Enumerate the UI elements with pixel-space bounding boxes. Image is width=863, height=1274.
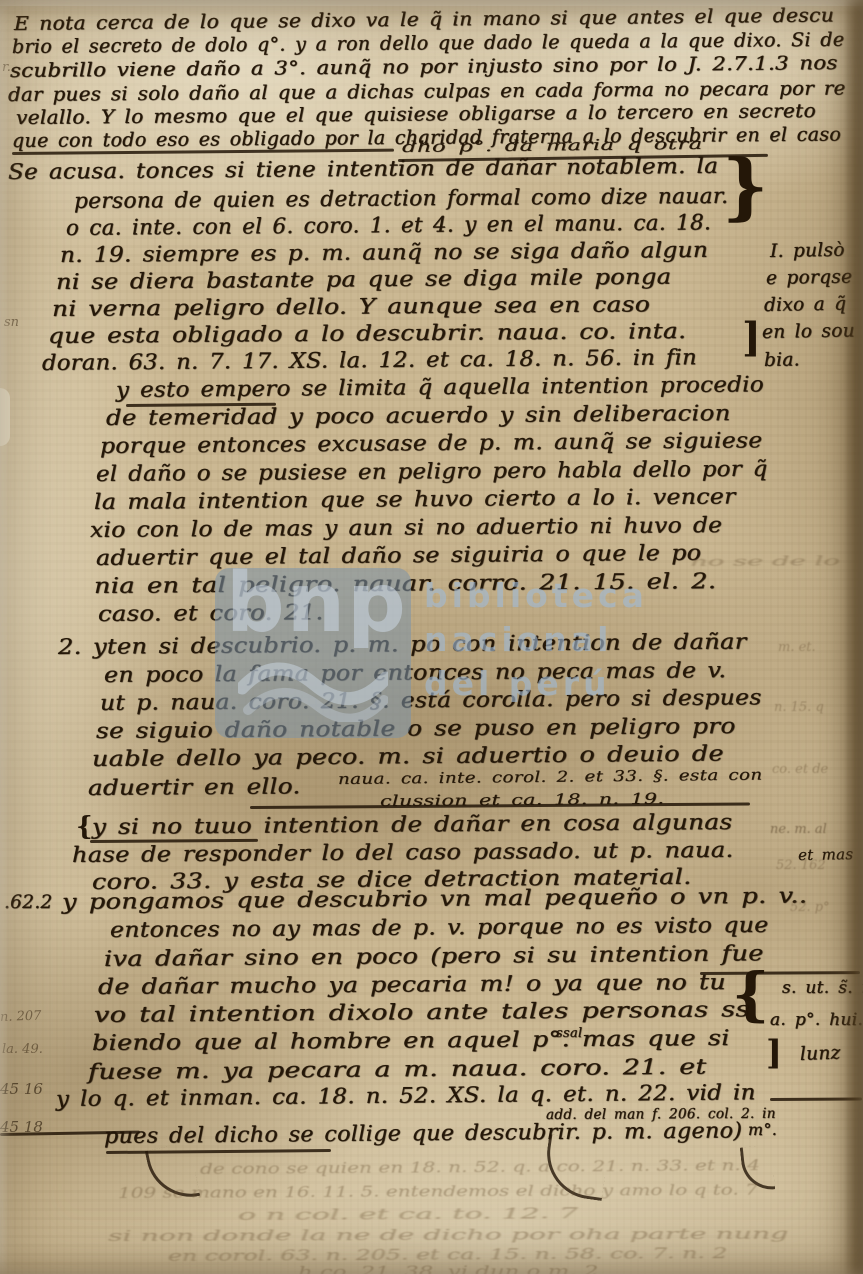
- manuscript-line: biendo que al hombre en aquel p°. mas qu…: [92, 1028, 730, 1055]
- watermark-text-line: nacional: [424, 620, 612, 659]
- manuscript-line: porque entonces excusase de p. m. aunq̃ …: [100, 430, 763, 457]
- ink-bracket: ]: [766, 1036, 782, 1070]
- manuscript-line: y pongamos que descubrio vn mal pequeño …: [62, 885, 807, 913]
- manuscript-line: en poco la fama por entonces no peca mas…: [104, 660, 726, 686]
- manuscript-line: hase de responder lo del caso passado. u…: [72, 840, 734, 867]
- watermark-logo-text: bnp: [226, 556, 408, 651]
- margin-mark: 45 16: [0, 1080, 43, 1098]
- manuscript-line: Se acusa. tonces si tiene intention de d…: [8, 156, 718, 184]
- bleedthrough-text: de cono se quien en 18. n. 52. q. a co. …: [200, 1156, 760, 1178]
- manuscript-line: xio con lo de mas y aun si no aduertio n…: [90, 515, 722, 541]
- bleedthrough-text: 52. p°: [790, 900, 830, 915]
- manuscript-line: se siguio daño notable o se puso en peli…: [96, 716, 736, 743]
- manuscript-line: y si no tuuo intention de dañar en cosa …: [92, 812, 733, 839]
- ink-brace: {: [76, 814, 93, 840]
- watermark-wave-icon: [238, 648, 388, 722]
- manuscript-line: pues del dicho se collige que descubrir.…: [104, 1120, 743, 1147]
- ink-underline: [106, 1149, 331, 1153]
- margin-mark: r.: [2, 60, 11, 75]
- manuscript-line: y esto empero se limita q̃ aquella inten…: [116, 374, 764, 401]
- bleedthrough-text: 52. 162: [776, 858, 826, 873]
- manuscript-line: ni verna peligro dello. Y aunque sea en …: [52, 294, 650, 320]
- interline-note: m°.: [748, 1122, 777, 1138]
- margin-note: e porqse: [766, 268, 853, 288]
- manuscript-line: entonces no ay mas de p. v. porque no es…: [110, 915, 769, 942]
- manuscript-line: el daño o se pusiese en peligro pero hab…: [96, 459, 768, 486]
- manuscript-line: de dañar mucho ya pecaria m! o ya que no…: [98, 972, 726, 998]
- bleedthrough-text: ne. m. al: [770, 822, 827, 837]
- ink-bracket: ]: [742, 318, 761, 358]
- manuscript-line: doran. 63. n. 7. 17. XS. la. 12. et ca. …: [42, 347, 697, 374]
- manuscript-line: fuese m. ya pecara a m. naua. coro. 21. …: [88, 1057, 707, 1084]
- margin-note: en lo sou: [762, 322, 855, 342]
- manuscript-line: vo tal intention dixolo ante tales perso…: [94, 999, 750, 1026]
- page-left-notch: [0, 388, 10, 446]
- manuscript-line: n. 19. siempre es p. m. aunq̃ no se siga…: [60, 240, 708, 267]
- bleedthrough-text: m. et.: [778, 640, 816, 655]
- watermark-text-line: del perú: [424, 664, 611, 703]
- manuscript-line: que esta obligado a lo descubrir. naua. …: [48, 321, 686, 348]
- watermark-text-line: biblioteca: [424, 576, 648, 615]
- manuscript-line: la mala intention que se huvo cierto a l…: [94, 486, 736, 513]
- margin-mark: la. 49.: [2, 1042, 43, 1057]
- margin-note: dixo a q̃: [764, 296, 847, 316]
- manuscript-line: de temeridad y poco acuerdo y sin delibe…: [106, 403, 731, 429]
- margin-mark: n. 207: [0, 1009, 42, 1025]
- margin-note: lunz: [800, 1045, 841, 1065]
- bleedthrough-text: co. et de: [772, 762, 828, 777]
- page-right-edge: [843, 0, 863, 1274]
- ink-brace: }: [722, 150, 768, 222]
- manuscript-line: persona de quien es detraction formal co…: [74, 186, 728, 213]
- manuscript-line: iva dañar sino en poco (pero si su inten…: [104, 943, 764, 970]
- bleedthrough-text: h co. 21. 38. vi dun o m. 2: [298, 1262, 598, 1274]
- manuscript-line: scubrillo viene daño a 3°. aunq̃ no por …: [10, 54, 838, 81]
- inline-citation: naua. ca. inte. corol. 2. et 33. §. esta…: [338, 768, 763, 787]
- manuscript-line: o ca. inte. con el 6. coro. 1. et 4. y e…: [66, 212, 711, 239]
- bleedthrough-text: 109 se mano en 16. 11. 5. entendemos el …: [118, 1181, 758, 1202]
- bleedthrough-text: o n col. et ca. to. 12. 7: [238, 1204, 578, 1224]
- manuscript-line: ni se diera bastante pa que se diga mile…: [56, 267, 672, 294]
- interline-note: dho p°. da maria q otra: [402, 137, 703, 155]
- margin-mark: sn: [4, 315, 19, 330]
- bleedthrough-text: si non donde la ne de dicho por oha part…: [108, 1225, 788, 1245]
- manuscript-page: E nota cerca de lo que se dixo va le q̃ …: [0, 0, 863, 1274]
- manuscript-line: aduertir en ello.: [88, 776, 301, 799]
- bleedthrough-text: no se de lo: [690, 554, 840, 570]
- margin-mark: 45 18: [0, 1118, 43, 1136]
- bleedthrough-text: n. 15. q: [774, 700, 824, 715]
- margin-number: .62.2: [4, 894, 53, 913]
- margin-note: I. pulsò: [770, 242, 845, 262]
- margin-note: bia.: [764, 351, 800, 370]
